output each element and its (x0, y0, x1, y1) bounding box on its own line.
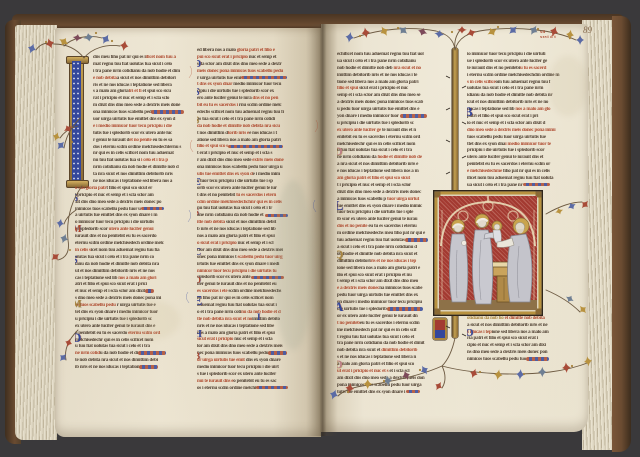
script-segment: ona inimicos tuos scabellu ped (93, 110, 151, 115)
script-segment: onec pona inimicos t (197, 255, 236, 260)
script-segment: a inimicos tuos scabellu p (337, 197, 386, 202)
script-segment: ione sed libera nos a malo am (492, 330, 549, 335)
text-line: dns meu fiho pat nr qui es iificet nom t… (75, 55, 188, 62)
script-segment: a sicut i celo et i tra pane nrm cotidia… (337, 245, 417, 250)
script-segment: nuc et semp et (249, 55, 277, 60)
script-segment: or ex utero ante lucifer genui te iuraui… (337, 314, 418, 319)
script-segment: nui te iurauit dns e (197, 379, 233, 384)
text-line: in celis sicet nom tuu aduemat regnu tuu… (75, 248, 188, 255)
script-segment: ine melchisedech pat nr qui es in celis … (337, 328, 416, 333)
script-segment: clor am dixit dns dno meo sede a dextris… (197, 248, 283, 253)
text-line: o am gloria patrt filio et spui sco sicu… (75, 186, 188, 193)
text-line: imittim debitorib nris et ne nos iducas … (337, 73, 450, 80)
script-segment: e melchisedechme (467, 169, 502, 174)
script-segment: yon dnare i medio inimicor tuor (337, 114, 400, 119)
text-line: uor uirga uirtutis tue emittet dns ex sy… (75, 117, 188, 124)
script-segment: u tu es sacerd (520, 66, 546, 71)
script-segment: ona inimicos tuos scabellu pedu tuor uir… (197, 165, 282, 170)
text-line: nui te iurauit dns eo penitebit eu tu es… (197, 379, 312, 386)
text-line: o inimicor tuor tecu pricipiu i die uirt… (75, 220, 188, 227)
script-segment: t i pricipio et nuc et semp et i scla sc… (337, 183, 411, 188)
script-segment: patri et filio et spui sco sicut erat i … (467, 114, 538, 119)
script-segment: te iurauit dns et no penitebi (467, 66, 520, 71)
script-segment: spledorib scor ex utero ante (197, 275, 251, 280)
script-segment: tutis tue emittet dns ex syon dnare i (337, 390, 406, 395)
text-line: ero ante lucifer genui te iura dns et no… (197, 96, 312, 103)
script-segment: tuor tecu pricipiu i die uirtutis tue i … (337, 210, 413, 215)
text-line: s a malo am gloriatri et fi et spui sco … (75, 89, 188, 96)
script-segment: dns meu fiho pat nr qui es i (93, 55, 146, 60)
text-line: rat i pricipio et nuc et semp et i scla … (75, 96, 188, 103)
text-line: ificet nom tuu aduemat regnu tuu fiat uo… (467, 176, 580, 183)
corner-rubric-line: xxvi d't (540, 34, 556, 39)
text-line: am dixit dns dno meo sede a dextris meis… (337, 376, 450, 383)
script-segment: io et nuc et semp et i scla sclor am dix… (467, 121, 545, 126)
text-line: ne nrm cotidu da nob hodie et di (75, 351, 188, 358)
script-segment: iurauit dns et no penitebit eu tu es sac… (75, 234, 156, 239)
script-segment: ut erat i pricipio et nuc et s (337, 369, 388, 374)
text-line: t erat i pricipio et nuc et semp et i sc… (197, 151, 312, 158)
script-segment: semp et i scla sclor am dixit dns dno me… (337, 93, 420, 98)
script-segment: extris meis done (252, 158, 283, 163)
script-segment: e i medio inimicor tuor tecu pricipiu i … (93, 124, 172, 129)
script-segment: ione sed libera nos a malo am gloria pat… (337, 266, 420, 271)
decorated-initial: S (197, 208, 199, 217)
script-segment: nec pona inimicos tuos scabellu pedu (197, 351, 268, 356)
text-line: utis tue emittet dns ex syon de i medio … (197, 172, 312, 179)
script-segment: ua sicut i celo et i tra pane nr (467, 183, 523, 188)
script-segment: cas i teptatione sed lib (75, 276, 117, 281)
text-line: u tuu fiat uolutas tua sicut i celo et i… (337, 148, 450, 155)
script-segment: ris et ne nos iducas i teptatione sed li… (93, 83, 172, 88)
script-segment: o et i tra pane nrm coti (197, 310, 241, 315)
right-cover-edge (612, 16, 631, 452)
script-segment: gloria patri et filio e (236, 48, 275, 53)
decorated-initial: O (197, 276, 201, 285)
text-line: iurauit dns et no penitebit eu tu es sac… (75, 234, 188, 241)
script-segment: on dnare i medio inimicor tuor tecu pric… (337, 300, 422, 305)
line-filler (526, 357, 549, 360)
script-segment: tte nob debita nra sicut et no (197, 317, 252, 322)
text-line: nu tuu fiat uolutas tua si i celo et i t… (75, 158, 188, 165)
text-line: pona inimicos tuos scabellu pedu tuor ui… (337, 383, 450, 390)
text-line: scla sclor am dixit dns dno meo sede a d… (197, 62, 312, 69)
decorated-initial: M (75, 225, 81, 235)
text-line: filio et spui sicut erat i pricipio et n… (337, 86, 450, 93)
text-line: eternu scdm ordine melchisedech ordine m… (75, 241, 188, 248)
script-segment: ib scor ex utero ante lucifer genui te i… (337, 217, 417, 222)
left-page-stack-edge (15, 25, 57, 440)
script-segment: ex utero ante lucifer ge (337, 128, 381, 133)
script-segment: ed libera nos a malo (197, 48, 236, 53)
script-segment: t regnu tuu fiat uolutas tua sicut i cel… (337, 335, 414, 340)
script-segment: nu tuu fiat uolutas tua sicut i celo et … (197, 206, 272, 211)
decorated-initial: E (197, 295, 202, 309)
script-segment: t no peniteb (337, 321, 360, 326)
text-line: ttet dns ex syon dnai medio inimicor tuo… (467, 142, 580, 149)
decorated-initial: S (75, 193, 78, 204)
text-line: nec pona inimicos tuos scabellu pedu (197, 351, 312, 358)
text-line: a uirtutis tue emittet dns ex syon dnare… (75, 213, 188, 220)
script-segment: a dextris meis donec pona inimicos tuos … (337, 100, 423, 105)
text-line: melchisedechr qui es in celis scificet n… (337, 142, 450, 149)
text-line: r genui te iurauit det no penite eu tu e… (75, 138, 188, 145)
script-segment: dos i eternu scdm ordine melchisedechter… (93, 145, 181, 150)
script-segment: ificet nom tuu a (146, 55, 176, 60)
script-segment: io inimicor tuor tecu pricipiu i die uir… (467, 52, 545, 57)
script-segment: penitebit eu tu es sacerdos i eternu scd… (467, 162, 550, 167)
text-line: filio et spui sco s (197, 144, 312, 151)
text-line: ib nris et ne nos iducas i teptation (75, 365, 188, 372)
text-line: tutis tue i spledorib scor ex utero ante… (75, 131, 188, 138)
text-line: io et nuc et semp et i scla sclor am dix… (467, 121, 580, 128)
script-segment: ilio et spui sco sicut erat i pricipio e… (337, 273, 412, 278)
script-segment: tra pane nrm cotidianu da nob hodie et d… (337, 341, 424, 346)
script-segment: am dixit dns dno meo sede a dextris meis… (337, 376, 424, 381)
decorated-initial: O (467, 328, 474, 339)
line-filler (387, 307, 424, 310)
script-segment: e nob debita (93, 76, 117, 81)
decorated-initial: D (197, 60, 201, 70)
script-segment: om tuu aduemat regnu tuu f (495, 80, 550, 85)
script-segment: tuos scabellu pedu tuor uirga uirtutis t… (467, 135, 546, 140)
text-line: nimicos tuos scabellu pedu tuo (467, 357, 580, 364)
script-segment: ificet nom tuu aduemat regnu tuu fiat uo… (467, 176, 553, 181)
script-segment: et i scla scl (388, 369, 409, 374)
script-segment: da nob hodie et dimitte nob debita nra s… (197, 124, 280, 129)
text-line: e nos iducas i teptatione sed libera nos… (337, 169, 450, 176)
script-segment: dns ex syon dnare (245, 358, 281, 363)
line-filler (151, 110, 183, 113)
text-line: mat regnu tuu fiat uolutas tua sicut i c… (75, 62, 188, 69)
script-segment: otidianu da nob ho (467, 316, 504, 321)
text-line: ed libera nos a malo gloria patri et fil… (197, 48, 312, 55)
script-segment: pona inimicos tuos scabellu pedu tuor ui… (337, 383, 421, 388)
script-segment: r uirga uirtutis tue emi (197, 76, 241, 81)
script-segment: ne nos iducas i teptatione sed libera no… (93, 179, 172, 184)
text-line: medio inimicor tuor tecu pricipiu i die … (197, 365, 312, 372)
text-line: tuos scabellu pedu tuor uirga uirtutis t… (467, 135, 580, 142)
text-line: s et ne nos iducas i teptatione sed libe… (337, 355, 450, 362)
text-line: u tuu fiat uolutas tua sicut i celo et i… (75, 344, 188, 351)
script-segment: nr qui es in celis scificet nom tuu adue… (93, 151, 174, 156)
script-segment: in celis s (75, 248, 91, 253)
text-line: m dixit dns dno meo sede a dextris meis … (75, 103, 188, 110)
script-segment: r genui te iurauit d (93, 138, 129, 143)
text-line: pui sco sicut erat i pricipio nuc et sem… (197, 55, 312, 62)
script-segment: echificet nom tuu aduemat regnu tuu fiat… (337, 52, 424, 57)
script-segment: atione sed libera nos a malo am gloria p… (197, 138, 281, 143)
script-segment: et nuc et semp et i scla sclor am dixit (75, 289, 145, 294)
script-segment: sicut erat i pricipio (197, 337, 233, 342)
script-segment: ria patri et filio et spui sco sicut era… (467, 336, 538, 341)
script-segment: i eternu scdm ordine melchisedechdm ordi… (467, 73, 559, 78)
line-filler (228, 145, 283, 148)
script-segment: dixit dns dno meo sede a dextris meis do… (337, 190, 421, 195)
decorated-initial: E (197, 178, 201, 188)
illuminated-initial-block (433, 318, 447, 340)
text-line: r uirga uirtutis tue emi (197, 76, 312, 83)
script-segment: cdm ordine melchisedechchnr qui es in ce… (197, 200, 282, 205)
script-segment: ob hodie et dimitte nob debita nra sicut… (337, 252, 417, 257)
script-segment: tuu aduemat regnu tuu fiat uolutas (337, 238, 405, 243)
text-line: melchisedechr qui es in celis scificet n… (75, 338, 188, 345)
script-segment: sicut erat i pricipio et nuc (359, 86, 408, 91)
script-segment: t dns ex syon dnar (197, 82, 232, 87)
text-line: a sicut et nos dimittim debitorib nris e… (467, 323, 580, 330)
script-segment: nris et ne nos iducas i teptatione sed l… (197, 324, 274, 329)
script-segment: ris et ne nos iducas i tep (370, 259, 416, 264)
script-segment: ue i spledorib scor ex utero ante lucife… (467, 59, 547, 64)
script-segment: xit dns dno meo sede a dextris meis done… (75, 200, 161, 205)
script-segment: u pedu tuor uirga uirtutis tue emittet d… (337, 107, 419, 112)
script-segment: rat i pricipio et nuc et semp et i scla … (93, 96, 169, 101)
script-segment: dns et no pen (252, 96, 279, 101)
script-segment: ne nrm cotid (75, 351, 100, 356)
script-segment: imittim debitorib nris et ne nos iducas … (337, 73, 417, 78)
text-line: tione sed libera nos a malo am gloria pa… (337, 80, 450, 87)
text-line: et nuc et semp et i scla sclor am dixit (75, 289, 188, 296)
text-line: bit eu tu es sacerdos i rnu scdm ordine … (197, 103, 312, 110)
script-segment: i pricipio et nuc et semp et i scla sclo… (75, 193, 154, 198)
text-line: nr qui es in celis scificet nom tuu adue… (75, 151, 188, 158)
script-segment: o sicut erat i pricipio (197, 241, 238, 246)
script-segment: t semp et i scla sclor am dixit dns dno … (337, 279, 418, 284)
decorated-initial: B (197, 352, 200, 361)
text-line: atione sed libera nos a malo am gloria p… (197, 138, 312, 145)
line-filler (141, 207, 164, 210)
script-segment: mat regnu tuu fiat uolutas tua sicut i c… (93, 62, 172, 67)
text-line: ona inimicos tuos scabellu pedu tuor uir… (197, 165, 312, 172)
script-segment: nos a malo am glo (514, 107, 550, 112)
script-segment: aduemat regnu tuu fiat uolutas tua sicut… (197, 303, 277, 308)
script-segment: nrm cotidianu da nob hodie et dimitte no… (93, 165, 179, 170)
text-line: r am dixit dns dno meo sede extris meis … (197, 158, 312, 165)
text-line: penitebit eu tu es sacerdos i eternu scd… (467, 162, 580, 169)
script-segment: eu fiho pat nr qui es in celis scificet … (197, 296, 273, 301)
script-segment: fiho pat nr qui es in celis (502, 169, 550, 174)
script-segment: nuc et semp et i scl (238, 241, 274, 246)
text-line: a dextris meis donec pona inimicos tuos … (337, 100, 450, 107)
script-segment: b nris et ne nos iducas i teptatione sed… (197, 227, 276, 232)
script-segment: ib nris et ne nos iducas i teptation (75, 365, 139, 370)
script-segment: t erat i pricipio et nuc et semp et i sc… (197, 151, 272, 156)
script-segment: ta nra sicut et nos dimittim debitorib n… (93, 172, 173, 177)
script-segment: filio et spui sco s (197, 144, 228, 149)
text-line: nob debita nra sicut et dimittim debitor… (337, 348, 450, 355)
line-filler (138, 351, 166, 354)
line-filler (523, 183, 551, 186)
script-segment: irtutis tue emittet dns ex syon dnare i … (197, 262, 279, 267)
script-segment: et spui sco sicu (142, 89, 171, 94)
text-line: ua sicut i celo et i tra pane nr (467, 183, 580, 190)
text-line: t nos dimittim dtorib nris ee nos iducas… (197, 131, 312, 138)
script-segment: am gloria patri et filio et spui sco sic… (337, 176, 410, 181)
script-segment: ianu da nob hodie et dimitte nob debita … (75, 262, 159, 267)
script-segment: as tua sicut i celo et i tra pane nrm co… (197, 117, 275, 122)
script-segment: tuor uirga uirtut (386, 197, 419, 202)
script-segment: nra sicut et no (392, 66, 420, 71)
text-line: meis donec pona inimicos tuos scabellu p… (197, 69, 312, 76)
script-segment: bit eu tu es sacerdos i (197, 103, 239, 108)
script-segment: torib nris e (228, 131, 249, 136)
text-line: ona inimicos tuos scabellu ped (75, 110, 188, 117)
script-segment: te nob debita nra sicut et nos dimittim … (75, 358, 158, 363)
text-line: echificet nom tuu aduemat regnu tuu fiat… (337, 52, 450, 59)
script-segment: rnu scdm ordine melc (239, 103, 282, 108)
text-line: am gloria patri et filio et spui sco sic… (337, 176, 450, 183)
script-segment: nos a malo am glori (117, 276, 156, 281)
script-segment: ifer genui te iurauit dns et no penitebi… (197, 282, 276, 287)
script-segment: nos a malo am gloria patri et filio et s… (197, 234, 275, 239)
script-segment: u tuu fiat uolutas tua sicut i celo et i… (75, 344, 150, 349)
script-segment: m dixit dns dno meo sede a dextris meis … (93, 103, 180, 108)
text-line: ex utero ante lucifer ge te iurauit dns … (337, 128, 450, 135)
script-segment: a sicut et nos dimittim debitorib nris e… (467, 323, 547, 328)
script-segment: utero ante lucifer genui (108, 227, 154, 232)
script-segment: edechs scificet nom tuu aduemat regnu tu… (197, 110, 284, 115)
text-line: tutis tue emittet dns ex syon dnare i (337, 390, 450, 397)
manuscript-photo: dns meu fiho pat nr qui es iificet nom t… (0, 0, 640, 457)
script-segment: ut et nos dimittim debitorib nris et ne … (75, 269, 155, 274)
script-segment: uor uirga uirtutis tue emittet dns ex sy… (93, 117, 175, 122)
text-line: otidianu da nob ho et dimitte nob debita (467, 316, 580, 323)
script-segment: pui sco sicut erat i pricipio (197, 55, 249, 60)
miniature-presentation-at-the-temple (433, 190, 543, 316)
script-segment: lor am dixit dns dno meo sede a dextris … (197, 344, 282, 349)
script-segment: nu tuu fiat uolutas tua si (93, 158, 140, 163)
text-line: ianu da nob hodie et dimitte nob debita … (75, 262, 188, 269)
line-filler (268, 351, 286, 354)
text-line: e melchisedechme fiho pat nr qui es in c… (467, 169, 580, 176)
script-segment: utis tue emittet dns ex syon d (197, 172, 253, 177)
text-line: ne nrm cotidianu da hodie et dimitte nob… (337, 155, 450, 162)
text-line: ut et nos dimittim debitorib nris et ne … (75, 269, 188, 276)
script-segment: utero ante lucifer genui te iurauit dns … (467, 155, 543, 160)
line-filler (400, 114, 428, 117)
show-through-smudge (272, 180, 314, 350)
text-line: edechs scificet nom tuu aduemat regnu tu… (197, 110, 312, 117)
text-line: i pricipio et nuc et semp et i scla sclo… (75, 193, 188, 200)
script-segment: t dns et no penitebit (197, 193, 236, 198)
line-filler (405, 238, 428, 241)
script-segment: nos a malo am gloria patri et filio et s… (197, 331, 275, 336)
folio-number: 89 (583, 25, 592, 35)
script-segment: e i medio inim (253, 172, 280, 177)
script-segment: meis donec pona inimicos tuos scabellu p… (197, 69, 283, 74)
text-line: os i eternu scdm ordine melchi (197, 386, 312, 393)
text-line: a nra sicut et nos dimittim debitorib nr… (337, 162, 450, 169)
text-line: da nob hodie et dimitte nob debita nra s… (197, 124, 312, 131)
script-segment: a nra sicut et nos dimittim debitorib nr… (337, 162, 418, 167)
script-segment: uolutas tua sicut i celo et i tra pane n… (467, 86, 543, 91)
text-line: u pricipiu i die uirtutis tue i spledori… (337, 121, 450, 128)
text-line: e i medio inimicor tuor tecu pricipiu i … (75, 124, 188, 131)
text-line: u pedu tuor uirga uirtutis tue emittet d… (337, 107, 450, 114)
line-filler (256, 386, 288, 389)
script-segment: m ordine melchisedechs meu fiho pat nr q… (337, 231, 425, 236)
decorated-initial: C (197, 248, 201, 258)
script-segment: o am gloria patr (75, 186, 106, 191)
script-segment: eu tu es sacerdos i eternu scdm (360, 321, 420, 326)
text-line: ua sicut i celo et i tra pane nrm cotidi… (337, 59, 450, 66)
text-line: t dns ex syon dnar medio inimicor tuor t… (197, 82, 312, 89)
script-segment: ducas i teptatione sed lib (467, 107, 514, 112)
script-segment: ane nrm cotidianu da nob hodie et (197, 213, 265, 218)
text-line: tra pane nrm cotidianu da nob hodie et d… (337, 341, 450, 348)
text-line: ris et ne nos iducas i teptatione sed li… (75, 83, 188, 90)
script-segment: s et ne nos iducas i teptatione sed libe… (337, 355, 416, 360)
script-segment: olutas tua sicut i celo et i tra pane nr… (75, 255, 154, 260)
script-segment: die uirtutis tue i spledorib (337, 307, 387, 312)
text-line: ut erat i pricipio et nuc et s et i scla… (337, 369, 450, 376)
text-line: semp et i scla sclor am dixit dns dno me… (337, 93, 450, 100)
text-line: cas i teptatione sed lib nos a malo am g… (75, 276, 188, 283)
parchment-stain (120, 300, 180, 340)
text-line: s iducas i tepione sed libera nos a malo… (467, 330, 580, 337)
script-segment: icet nom tuu aduemat regnu tuu fia (91, 248, 160, 253)
text-line: dno meo sede a dextris meis donec pona i… (467, 128, 580, 135)
script-segment: s tue i spledorib scor ex utero ante luc… (197, 372, 276, 377)
text-line: cipiu i die uirtutis tue i spledorib sco… (197, 89, 312, 96)
text-line: nob hodie et dimitte nob deb nra sicut e… (337, 66, 450, 73)
script-segment: u pricipiu i die uirtutis tue i spledori… (337, 121, 414, 126)
script-segment: e a dextris meis donec (337, 286, 379, 291)
script-segment: scla sclor am dixit dns dno meo sede a d… (197, 62, 282, 67)
script-segment: tri et fi (129, 89, 142, 94)
script-segment: na inimicos tuos scabe (379, 286, 422, 291)
script-segment: orib scor ex utero ante lucifer genui te… (197, 186, 277, 191)
script-segment: tutis tue i spledorib scor ex utero ante… (93, 131, 172, 136)
script-segment: or uirga uirtutis tue emit (197, 358, 245, 363)
text-line: ns dno meo sede a dextris meis donec pon (467, 350, 580, 357)
script-segment: eu tu es sacerdos i eternu (367, 224, 416, 229)
script-segment: u da nob hodie et di (100, 351, 138, 356)
decorated-initial: D (75, 331, 81, 344)
script-segment: tione sed libera nos a malo am gloria pa… (337, 80, 418, 85)
script-segment: i tra pane nrm cotidianu da nob hodie et… (93, 69, 180, 74)
decorated-initial: S (75, 256, 78, 266)
script-segment: te iurauit dns et n (381, 128, 416, 133)
script-segment: i celo et i tra p (140, 158, 168, 163)
text-line: a malo am gloria patri et filio et spui … (337, 362, 450, 369)
script-segment: s a malo am gloria (93, 89, 129, 94)
script-segment: e nos iducas i t (249, 131, 277, 136)
script-segment: t nos dimittim d (197, 131, 228, 136)
script-segment: hodie et dimitte nob de (377, 155, 421, 160)
script-segment: medio inimicor tuor tecu (232, 82, 281, 87)
script-segment: a uirtutis tue emittet dns ex syon dnare… (75, 213, 157, 218)
script-segment: r tuor tecu pricipiu i die uirtutis tue … (197, 179, 273, 184)
decorated-initial: B (467, 105, 473, 118)
script-segment: os i eternu scdm ordine melchi (197, 386, 256, 391)
text-line: t i pricipio et nuc et semp et i scla sc… (337, 183, 450, 190)
text-line: ta nra sicut et nos dimittim debitorib n… (75, 172, 188, 179)
script-segment: cipiu i die uirtutis tue i spledorib sco… (197, 89, 274, 94)
line-filler (139, 365, 157, 368)
script-segment: eu tu es sa (152, 138, 173, 143)
script-segment: et dimitte nob debita (504, 316, 545, 321)
text-line: or uirga uirtutis tue emit dns ex syon d… (197, 358, 312, 365)
decorated-initial: H (197, 330, 202, 340)
script-segment: et no penite (129, 138, 151, 143)
text-line: ria patri et filio et spui sco sicut era… (467, 336, 580, 343)
script-segment: ero ante lucifer genui te iura (197, 96, 252, 101)
script-segment: ttet dns ex syon dna (467, 142, 505, 147)
script-segment: o penitebit eu tu es sac (233, 379, 276, 384)
text-line: atri et filio et spui sco sicut erat i p… (75, 282, 188, 289)
script-segment: nob hodie et dimitte nob deb (337, 66, 392, 71)
